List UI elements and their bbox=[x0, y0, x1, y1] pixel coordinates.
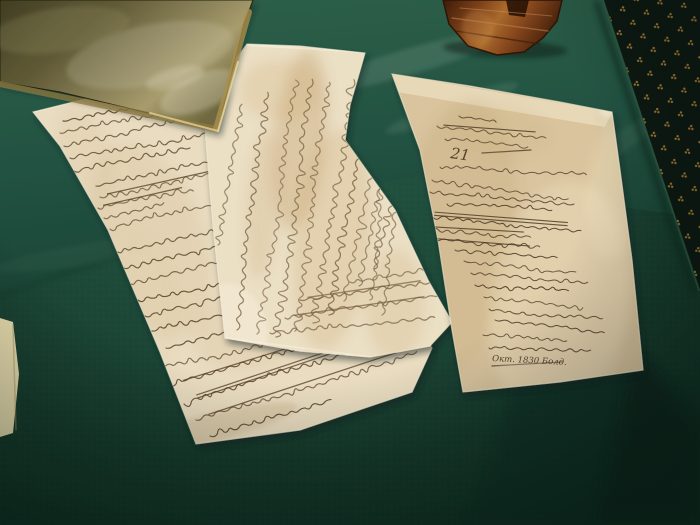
vignette bbox=[0, 0, 700, 525]
display-case-photo: 21Окт. 1830 Болд. bbox=[0, 0, 700, 525]
manuscripts-photo-svg: 21Окт. 1830 Болд. bbox=[0, 0, 700, 525]
